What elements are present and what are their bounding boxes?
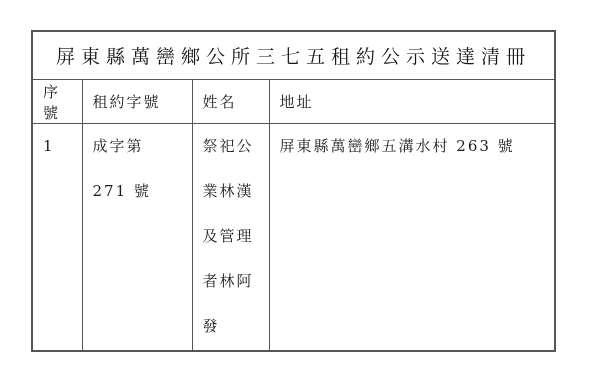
- table-header-row: 序號 租約字號 姓名 地址: [32, 80, 555, 124]
- title-row: 屏東縣萬巒鄉公所三七五租約公示送達清冊: [32, 31, 555, 80]
- cell-address: 屏東縣萬巒鄉五溝水村 263 號: [269, 124, 555, 352]
- table-row: 1 成字第 271 號 祭祀公業林漢及管理者林阿發 屏東縣萬巒鄉五溝水村 263…: [32, 124, 555, 352]
- lease-roster-table: 屏東縣萬巒鄉公所三七五租約公示送達清冊 序號 租約字號 姓名 地址 1 成字第 …: [31, 30, 556, 352]
- header-serial: 序號: [32, 80, 82, 124]
- header-name: 姓名: [192, 80, 269, 124]
- document-page: 屏東縣萬巒鄉公所三七五租約公示送達清冊 序號 租約字號 姓名 地址 1 成字第 …: [0, 0, 592, 382]
- header-address: 地址: [269, 80, 555, 124]
- cell-serial: 1: [32, 124, 82, 352]
- cell-name: 祭祀公業林漢及管理者林阿發: [192, 124, 269, 352]
- document-title: 屏東縣萬巒鄉公所三七五租約公示送達清冊: [32, 31, 555, 80]
- cell-lease-number: 成字第 271 號: [82, 124, 192, 352]
- header-lease-number: 租約字號: [82, 80, 192, 124]
